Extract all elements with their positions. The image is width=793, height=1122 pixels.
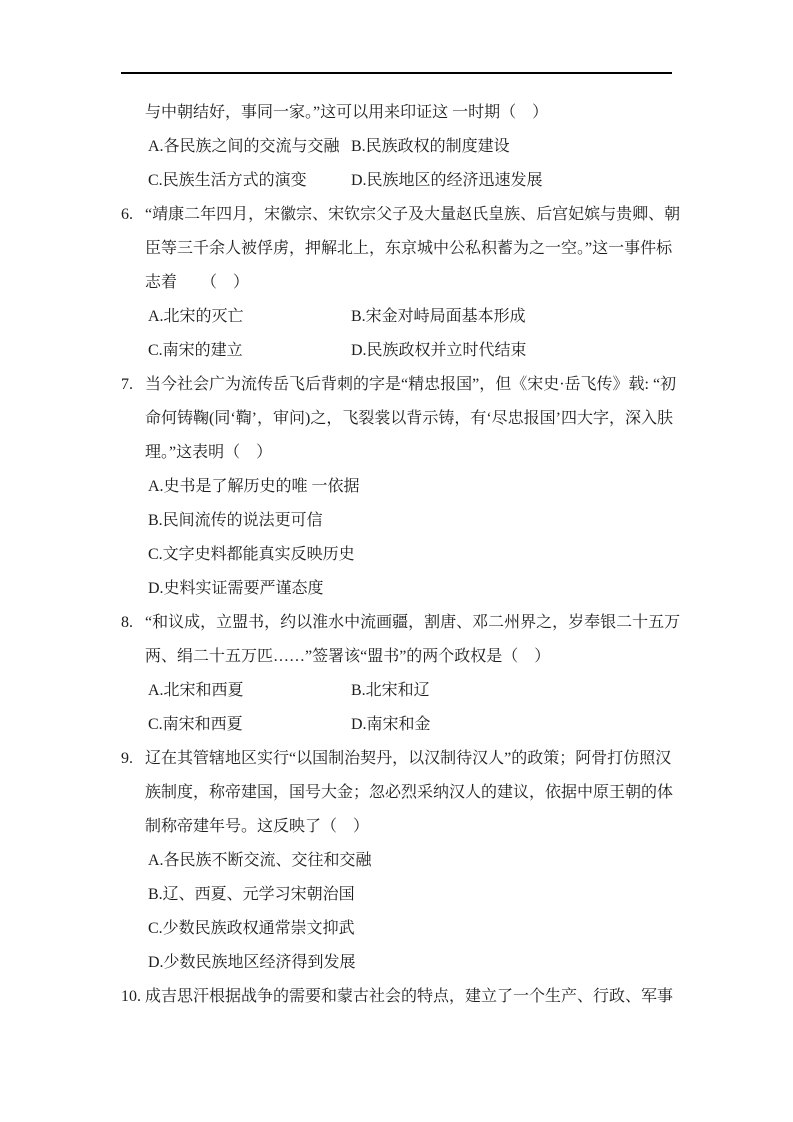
question-text: 志着 （ ）	[145, 274, 249, 291]
option-c: C.少数民族政权通常崇文抑武	[148, 920, 355, 937]
option-c: C.民族生活方式的演变	[148, 164, 347, 198]
question-text: 两、绢二十五万匹……”签署该“盟书”的两个政权是（ ）	[145, 648, 550, 665]
question-number: 6.	[121, 198, 145, 232]
question-number: 9.	[121, 742, 145, 776]
option-a: A.各民族不断交流、交往和交融	[148, 852, 372, 869]
question-text-line: 族制度，称帝建国，国号大金；忽必烈采纳汉人的建议，依据中原王朝的体	[121, 776, 677, 810]
question-text-line: 臣等三千余人被俘虏，押解北上，东京城中公私积蓄为之一空。”这一事件标	[121, 232, 677, 266]
question-text: 制称帝建年号。这反映了（ ）	[145, 818, 369, 835]
question-text: 命何铸鞠(同‘鞫’，审问)之，飞裂裳以背示铸，有‘尽忠报国’四大字，深入肤	[145, 410, 673, 427]
option-row: D.史料实证需要严谨态度	[121, 572, 677, 606]
question-text-line: 制称帝建年号。这反映了（ ）	[121, 810, 677, 844]
exam-page: 与中朝结好，事同一家。”这可以用来印证这 一时期（ ） A.各民族之间的交流与交…	[0, 0, 793, 1122]
option-row: A.北宋和西夏 B.北宋和辽	[121, 674, 677, 708]
option-d: D.少数民族地区经济得到发展	[148, 954, 356, 971]
option-row: A.史书是了解历史的唯 一依据	[121, 470, 677, 504]
option-row: C.南宋和西夏 D.南宋和金	[121, 708, 677, 742]
question-text: 成吉思汗根据战争的需要和蒙古社会的特点，建立了一个生产、行政、军事	[145, 988, 673, 1005]
option-d: D.民族地区的经济迅速发展	[351, 172, 543, 189]
question-text-line: 志着 （ ）	[121, 266, 677, 300]
option-row: A.各民族之间的交流与交融 B.民族政权的制度建设	[121, 130, 677, 164]
question-5-partial: 与中朝结好，事同一家。”这可以用来印证这 一时期（ ） A.各民族之间的交流与交…	[121, 96, 677, 198]
option-c: C.文字史料都能真实反映历史	[148, 546, 355, 563]
option-b: B.宋金对峙局面基本形成	[351, 308, 526, 325]
option-d: D.民族政权并立时代结束	[351, 342, 527, 359]
question-text-line: 理。”这表明（ ）	[121, 436, 677, 470]
question-text-line: 10.成吉思汗根据战争的需要和蒙古社会的特点，建立了一个生产、行政、军事	[121, 980, 677, 1014]
option-row: B.辽、西夏、元学习宋朝治国	[121, 878, 677, 912]
question-text-line: 命何铸鞠(同‘鞫’，审问)之，飞裂裳以背示铸，有‘尽忠报国’四大字，深入肤	[121, 402, 677, 436]
option-a: A.各民族之间的交流与交融	[148, 130, 347, 164]
question-10-partial: 10.成吉思汗根据战争的需要和蒙古社会的特点，建立了一个生产、行政、军事	[121, 980, 677, 1014]
option-c: C.南宋和西夏	[148, 708, 347, 742]
header-divider	[121, 72, 672, 74]
option-b: B.北宋和辽	[351, 682, 430, 699]
question-text: “靖康二年四月，宋徽宗、宋钦宗父子及大量赵氏皇族、后宫妃嫔与贵卿、朝	[145, 206, 680, 223]
question-number: 10.	[121, 980, 145, 1014]
option-row: D.少数民族地区经济得到发展	[121, 946, 677, 980]
question-8: 8.“和议成，立盟书，约以淮水中流画疆，割唐、邓二州界之，岁奉银二十五万 两、绢…	[121, 606, 677, 742]
question-number: 7.	[121, 368, 145, 402]
option-b: B.辽、西夏、元学习宋朝治国	[148, 886, 355, 903]
option-d: D.南宋和金	[351, 716, 431, 733]
option-row: C.民族生活方式的演变 D.民族地区的经济迅速发展	[121, 164, 677, 198]
question-text-line: 8.“和议成，立盟书，约以淮水中流画疆，割唐、邓二州界之，岁奉银二十五万	[121, 606, 677, 640]
question-text-line: 两、绢二十五万匹……”签署该“盟书”的两个政权是（ ）	[121, 640, 677, 674]
question-text: 理。”这表明（ ）	[145, 444, 272, 461]
question-text: 与中朝结好，事同一家。”这可以用来印证这 一时期（ ）	[145, 104, 548, 121]
question-6: 6.“靖康二年四月，宋徽宗、宋钦宗父子及大量赵氏皇族、后宫妃嫔与贵卿、朝 臣等三…	[121, 198, 677, 368]
question-text: 臣等三千余人被俘虏，押解北上，东京城中公私积蓄为之一空。”这一事件标	[145, 240, 672, 257]
question-text: 族制度，称帝建国，国号大金；忽必烈采纳汉人的建议，依据中原王朝的体	[145, 784, 673, 801]
question-text-line: 7.当今社会广为流传岳飞后背刺的字是“精忠报国”，但《宋史·岳飞传》载: “初	[121, 368, 677, 402]
question-number: 8.	[121, 606, 145, 640]
question-text-line: 9.辽在其管辖地区实行“以国制治契丹，以汉制待汉人”的政策；阿骨打仿照汉	[121, 742, 677, 776]
option-row: C.文字史料都能真实反映历史	[121, 538, 677, 572]
option-b: B.民族政权的制度建设	[351, 138, 510, 155]
option-c: C.南宋的建立	[148, 334, 347, 368]
question-9: 9.辽在其管辖地区实行“以国制治契丹，以汉制待汉人”的政策；阿骨打仿照汉 族制度…	[121, 742, 677, 980]
option-row: C.南宋的建立 D.民族政权并立时代结束	[121, 334, 677, 368]
option-row: A.北宋的灭亡 B.宋金对峙局面基本形成	[121, 300, 677, 334]
question-7: 7.当今社会广为流传岳飞后背刺的字是“精忠报国”，但《宋史·岳飞传》载: “初 …	[121, 368, 677, 606]
option-a: A.北宋和西夏	[148, 674, 347, 708]
option-a: A.北宋的灭亡	[148, 300, 347, 334]
option-row: B.民间流传的说法更可信	[121, 504, 677, 538]
question-text: 辽在其管辖地区实行“以国制治契丹，以汉制待汉人”的政策；阿骨打仿照汉	[145, 750, 671, 767]
question-text: “和议成，立盟书，约以淮水中流画疆，割唐、邓二州界之，岁奉银二十五万	[145, 614, 680, 631]
option-row: A.各民族不断交流、交往和交融	[121, 844, 677, 878]
exam-content: 与中朝结好，事同一家。”这可以用来印证这 一时期（ ） A.各民族之间的交流与交…	[121, 96, 677, 1014]
option-b: B.民间流传的说法更可信	[148, 512, 323, 529]
option-a: A.史书是了解历史的唯 一依据	[148, 478, 360, 495]
option-row: C.少数民族政权通常崇文抑武	[121, 912, 677, 946]
question-text-line: 6.“靖康二年四月，宋徽宗、宋钦宗父子及大量赵氏皇族、后宫妃嫔与贵卿、朝	[121, 198, 677, 232]
question-text-line: 与中朝结好，事同一家。”这可以用来印证这 一时期（ ）	[121, 96, 677, 130]
option-d: D.史料实证需要严谨态度	[148, 580, 324, 597]
question-text: 当今社会广为流传岳飞后背刺的字是“精忠报国”，但《宋史·岳飞传》载: “初	[145, 376, 676, 393]
